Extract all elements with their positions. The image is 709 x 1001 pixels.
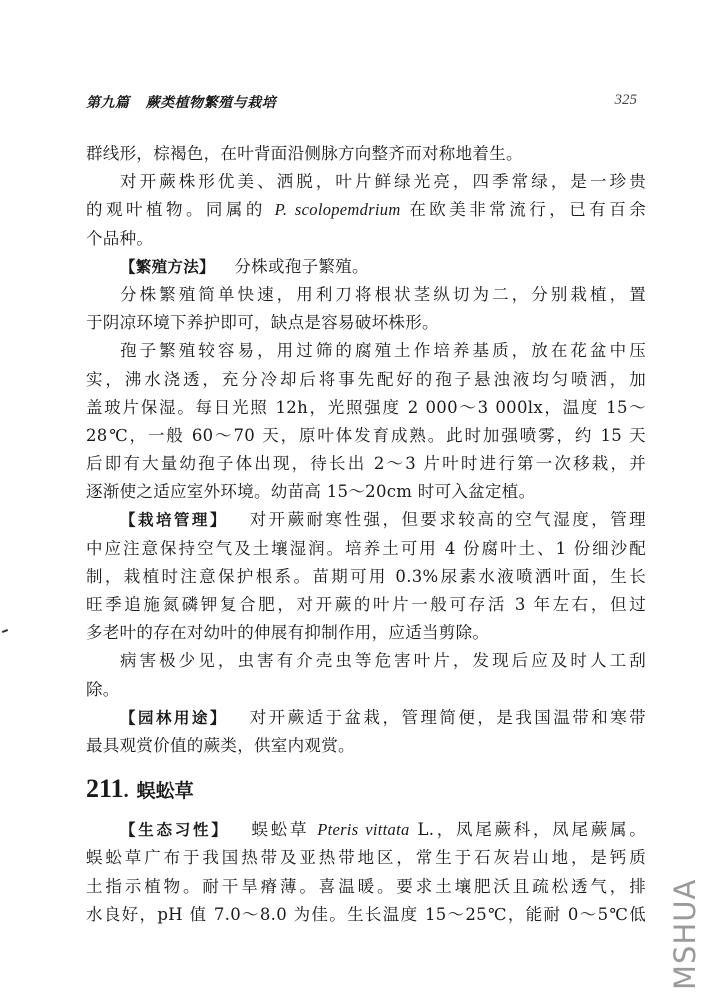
section-tag-cultivation: 【栽培管理】 [120,511,228,529]
section-tag-landscape-use: 【园林用途】 [120,709,228,727]
text-span: 对开蕨耐寒性强，但要求较高的空气湿度，管理 [250,510,646,529]
text-line: 中应注意保持空气及土壤湿润。培养土可用 4 份腐叶土、1 份细沙配 [86,535,646,563]
cultivation-heading-line: 【栽培管理】 对开蕨耐寒性强，但要求较高的空气湿度，管理 [86,506,646,534]
text-line: 于阴凉环境下养护即可，缺点是容易破坏株形。 [86,309,646,337]
text-line: 旺季追施氮磷钾复合肥，对开蕨的叶片一般可存活 3 年左右，但过 [86,591,646,619]
text-line: 28℃，一般 60～70 天，原叶体发育成熟。此时加强喷雾，约 15 天 [86,422,646,450]
section-tag-ecology: 【生态习性】 [120,821,229,839]
running-head: 第九篇 蕨类植物繁殖与栽培 325 [86,92,641,114]
text-line: 分株繁殖简单快速，用利刀将根状茎纵切为二，分别栽植，置 [86,281,646,309]
text-line: 后即有大量幼孢子体出现，待长出 2～3 片叶时进行第一次移栽，并 [86,450,646,478]
text-line: 孢子繁殖较容易，用过筛的腐殖土作培养基质，放在花盆中压 [86,337,646,365]
chapter-title: 第九篇 蕨类植物繁殖与栽培 [86,92,276,112]
species-number: 211 [86,774,124,803]
text-span: 的观叶植物。同属的 [86,200,266,219]
latin-species-name: Pteris vittata [317,820,409,839]
species-heading: 211.蜈蚣草 [86,766,646,812]
text-line: 个品种。 [86,225,646,253]
heading-dot: . [124,780,129,802]
landscape-use-heading-line: 【园林用途】 对开蕨适于盆栽，管理简便，是我国温带和寒带 [86,704,646,732]
scan-margin-mark [2,629,8,633]
text-line: 多老叶的存在对幼叶的伸展有抑制作用，应适当剪除。 [86,619,646,647]
text-line: 对开蕨株形优美、洒脱，叶片鲜绿光亮，四季常绿，是一珍贵 [86,168,646,196]
species-title: 蜈蚣草 [137,780,194,802]
text-line: 实，沸水浇透，充分冷却后将事先配好的孢子悬浊液均匀喷洒，加 [86,366,646,394]
text-line: 土指示植物。耐干旱瘠薄。喜温暖。要求土壤肥沃且疏松透气，排 [86,873,646,901]
text-line: 水良好，pH 值 7.0～8.0 为佳。生长温度 15～25℃，能耐 0～5℃低 [86,901,646,929]
text-span: L.，凤尾蕨科，凤尾蕨属。 [418,820,646,839]
body-text: 群线形，棕褐色，在叶背面沿侧脉方向整齐而对称地着生。 对开蕨株形优美、洒脱，叶片… [86,140,646,929]
propagation-heading-line: 【繁殖方法】 分株或孢子繁殖。 [86,253,646,281]
latin-species-name: P. scolopemdrium [275,200,401,219]
text-line: 病害极少见，虫害有介壳虫等危害叶片，发现后应及时人工刮 [86,647,646,675]
text-line: 最具观赏价值的蕨类，供室内观赏。 [86,732,646,760]
text-line: 盖玻片保湿。每日光照 12h，光照强度 2 000～3 000lx，温度 15～ [86,394,646,422]
page-number: 325 [615,92,638,109]
section-tag-propagation: 【繁殖方法】 [120,258,215,276]
text-span: 蜈蚣草 [251,820,309,839]
text-line: 制，栽植时注意保护根系。苗期可用 0.3%尿素水液喷洒叶面，生长 [86,563,646,591]
scanned-book-page: 第九篇 蕨类植物繁殖与栽培 325 群线形，棕褐色，在叶背面沿侧脉方向整齐而对称… [0,0,709,1001]
text-line: 群线形，棕褐色，在叶背面沿侧脉方向整齐而对称地着生。 [86,140,646,168]
ecology-heading-line: 【生态习性】 蜈蚣草 Pteris vittata L.，凤尾蕨科，凤尾蕨属。 [86,816,646,844]
text-line: 除。 [86,676,646,704]
text-span: 分株或孢子繁殖。 [234,257,368,276]
watermark: MSHUA [668,870,700,990]
text-line: 蜈蚣草广布于我国热带及亚热带地区，常生于石灰岩山地，是钙质 [86,844,646,872]
text-line: 逐渐使之适应室外环境。幼苗高 15～20cm 时可入盆定植。 [86,478,646,506]
text-span: 对开蕨适于盆栽，管理简便，是我国温带和寒带 [250,708,646,727]
text-span: 在欧美非常流行，已有百余 [409,200,646,219]
text-line: 的观叶植物。同属的 P. scolopemdrium 在欧美非常流行，已有百余 [86,196,646,224]
